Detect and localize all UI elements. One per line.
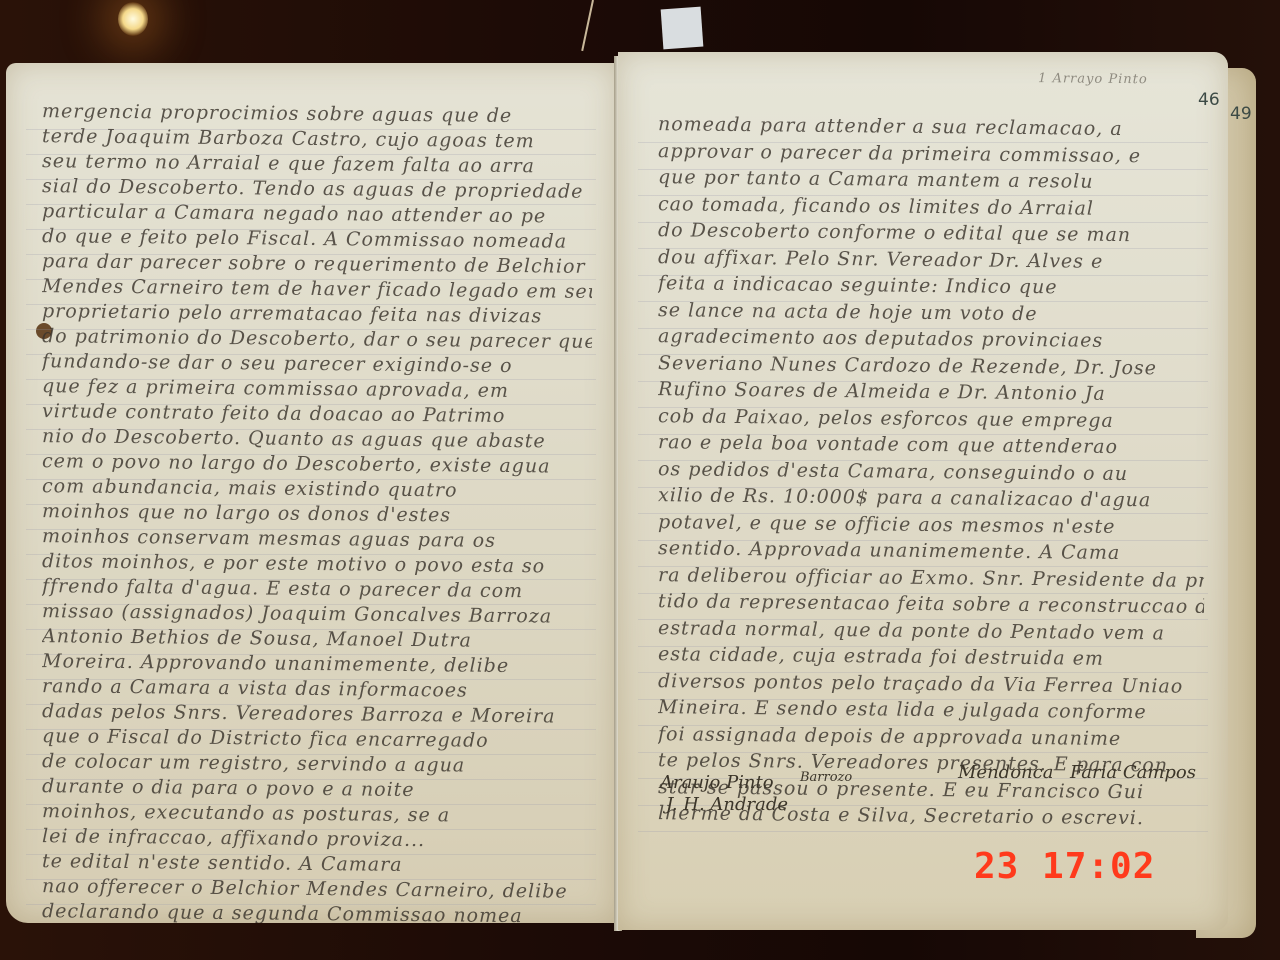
header-note: 1 Arrayo Pinto (1038, 71, 1204, 103)
signature-1: Araujo Pinto (660, 772, 774, 793)
page-number-46: 46 (1198, 90, 1220, 110)
paper-scrap (661, 7, 704, 50)
signature-2: Barrozo (800, 770, 852, 785)
signature-block: Araujo Pinto Barrozo Mendonca Faria Camp… (660, 772, 1200, 832)
signature-3: Mendonca (958, 762, 1053, 783)
left-page: mergencia proprocimios sobre aguas que d… (6, 63, 616, 923)
lamp-light (118, 2, 148, 36)
camera-timestamp: 23 17:02 (974, 846, 1155, 887)
signature-5: J. H. Andrade (666, 794, 788, 815)
page-number-49: 49 (1230, 104, 1252, 124)
signature-4: Faria Campos (1070, 762, 1196, 783)
